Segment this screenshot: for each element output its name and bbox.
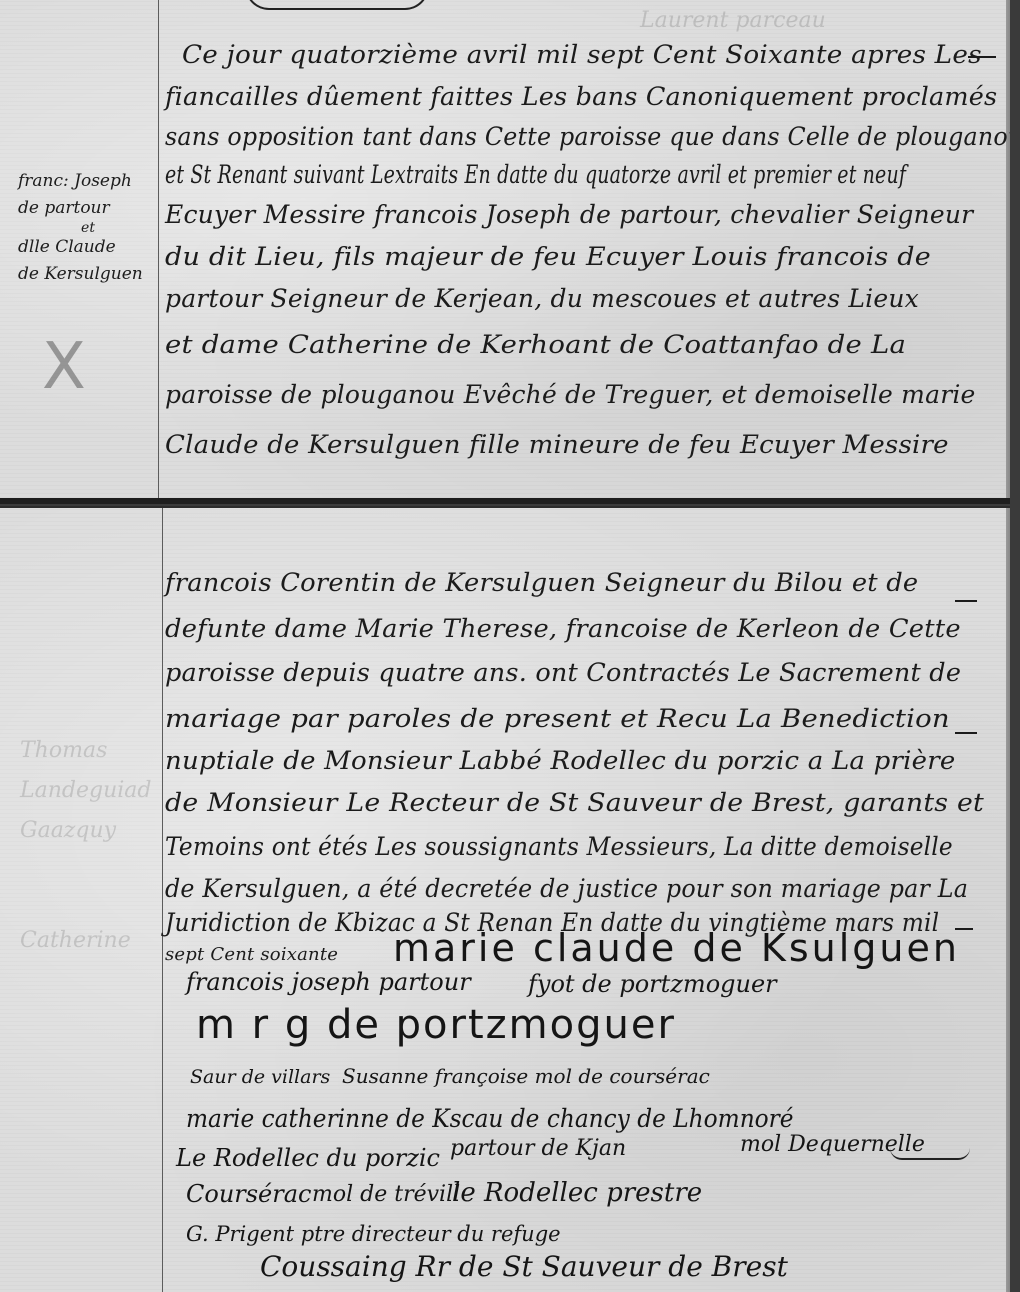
text-line: paroisse depuis quatre ans. ont Contract… [165,658,961,687]
text-line: partour Seigneur de Kerjean, du mescoues… [165,284,919,313]
margin-note-line: et [18,222,158,234]
signature: m r g de portzmoguer [196,1002,676,1048]
header-fragment [245,0,429,10]
margin-rule [162,508,163,1292]
text-line: Temoins ont étés Les soussignants Messie… [165,832,953,861]
signature-bride: marie claude de Ksulguen [393,926,960,970]
signature: mol de trévill [312,1182,460,1207]
bleed-through-text: Laurent parceau [640,8,826,33]
text-line: sans opposition tant dans Cette paroisse… [165,122,1010,151]
margin-note: franc: Joseph de partour et dlle Claude … [18,168,158,288]
signature: Le Rodellec du porzic [176,1144,440,1172]
bleed-through-text: Gaazquy [20,818,116,843]
margin-rule [158,0,159,498]
line-filler-dash [968,56,996,58]
text-line: sept Cent soixante [165,944,338,965]
register-scan: Laurent parceau franc: Joseph de partour… [0,0,1020,1292]
text-line: Ce jour quatorzième avril mil sept Cent … [182,40,982,69]
text-line: nuptiale de Monsieur Labbé Rodellec du p… [165,746,955,775]
signature: Saur de villars [190,1066,330,1088]
text-line: et St Renant suivant Lextraits En datte … [165,160,906,189]
signature: partour de Kjan [450,1136,626,1161]
text-line: paroisse de plouganou Evêché de Treguer,… [165,380,976,409]
line-filler-dash [955,732,977,734]
margin-note-line: dlle Claude [18,234,158,261]
signature: fyot de portzmoguer [528,970,777,998]
cross-mark-icon: X [42,330,102,410]
text-line: fiancailles dûement faittes Les bans Can… [165,82,997,111]
margin-note-line: de partour [18,195,158,222]
page-edge [1006,0,1010,498]
paraph-flourish [890,1148,970,1160]
text-line: et dame Catherine de Kerhoant de Coattan… [165,330,906,359]
margin-note-line: de Kersulguen [18,261,158,288]
signature: le Rodellec prestre [452,1178,702,1208]
text-line: francois Corentin de Kersulguen Seigneur… [165,568,918,597]
text-line: du dit Lieu, fils majeur de feu Ecuyer L… [165,242,931,271]
signature: Susanne françoise mol de coursérac [342,1064,710,1088]
bleed-through-text: Thomas [20,738,107,763]
text-line: de Monsieur Le Recteur de St Sauveur de … [165,788,984,817]
register-page-bottom: Thomas Landeguiad Gaazquy Catherine fran… [0,506,1010,1292]
bleed-through-text: Landeguiad [20,778,151,803]
text-line: Claude de Kersulguen fille mineure de fe… [165,430,949,459]
signature-groom: francois joseph partour [186,968,471,996]
signature: Coursérac [186,1180,311,1208]
signature: G. Prigent ptre directeur du refuge [186,1222,561,1246]
page-edge [1006,508,1010,1292]
signature: marie catherinne de Kscau de chancy de L… [186,1104,794,1133]
bleed-through-text: Catherine [20,928,131,953]
text-line: de Kersulguen, a été decretée de justice… [165,874,968,903]
text-line: mariage par paroles de present et Recu L… [165,704,950,733]
margin-note-line: franc: Joseph [18,168,158,195]
register-page-top: Laurent parceau franc: Joseph de partour… [0,0,1010,504]
line-filler-dash [955,600,977,602]
signature-rector: Coussaing Rr de St Sauveur de Brest [260,1250,788,1283]
text-line: Ecuyer Messire francois Joseph de partou… [165,200,973,229]
text-line: defunte dame Marie Therese, francoise de… [165,614,961,643]
